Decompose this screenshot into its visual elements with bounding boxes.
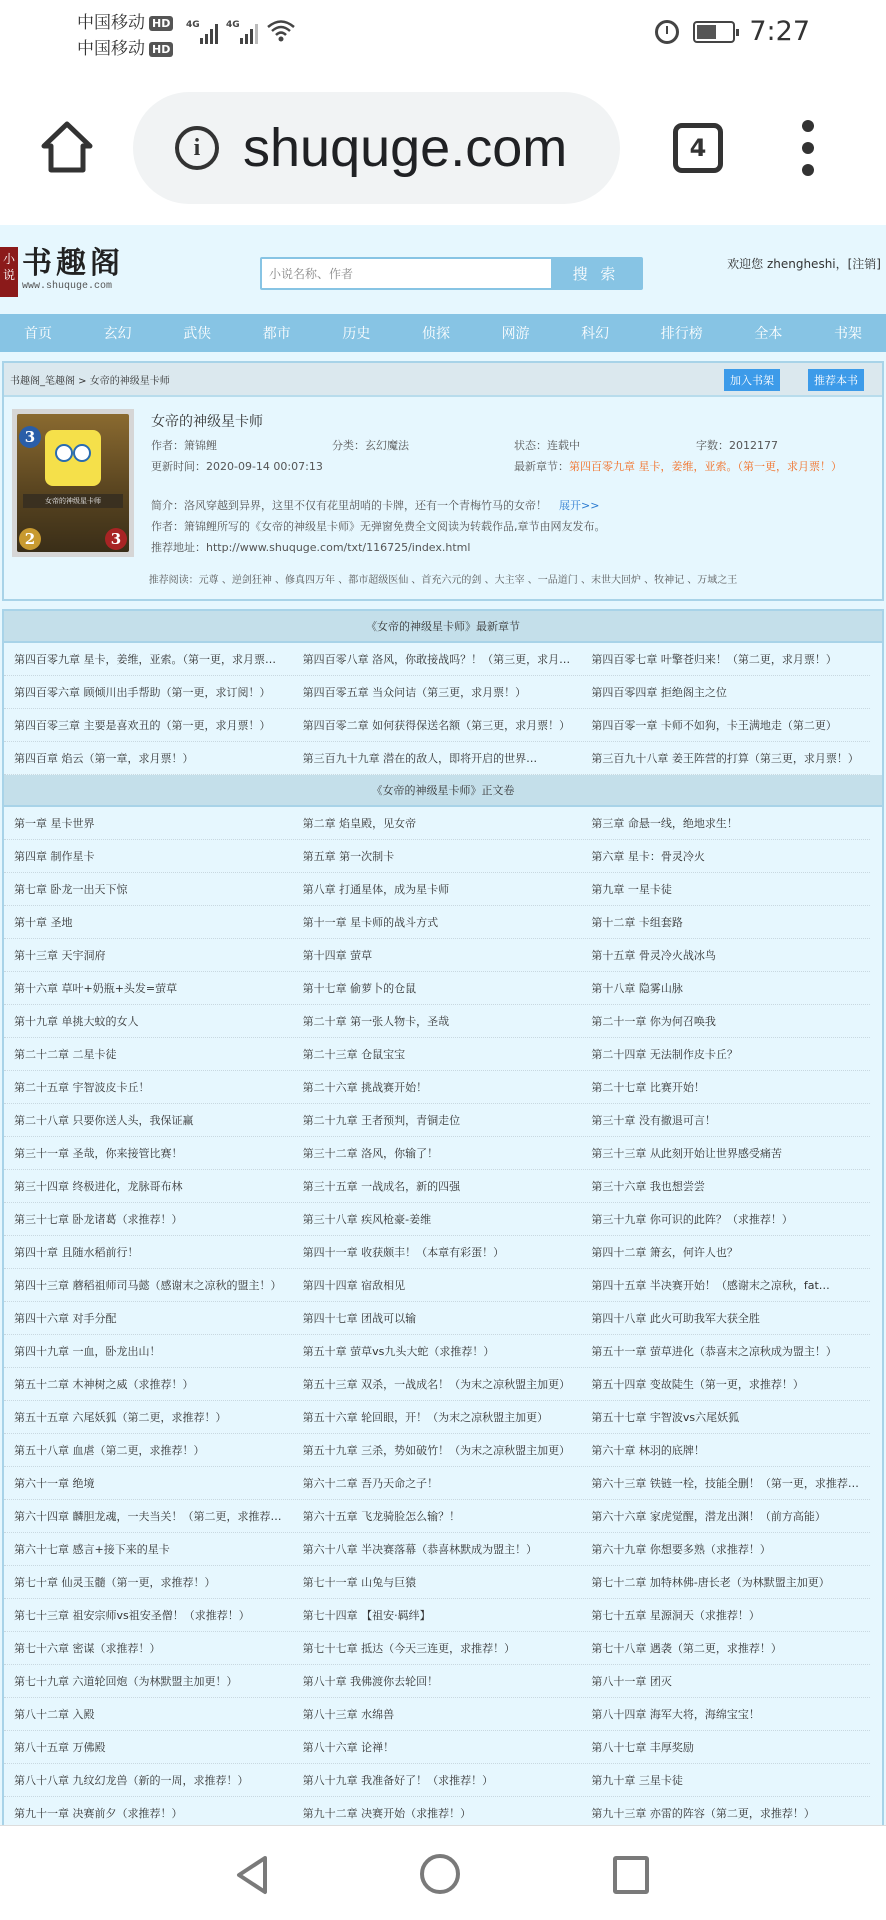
chapter-link[interactable]: 第三十七章 卧龙诸葛（求推荐！） — [4, 1211, 293, 1227]
breadcrumb-bar: 书趣阁_笔趣阁 > 女帝的神级星卡师 加入书架 推荐本书 — [4, 363, 882, 397]
cover-banner: 女帝的神级星卡师 — [23, 494, 123, 508]
chapter-link[interactable]: 第三百九十八章 姜王阵营的打算（第三更，求月票！） — [581, 750, 870, 766]
book-author: 作者：箫锦鲤 — [151, 437, 217, 453]
chapter-link[interactable]: 第二十三章 仓鼠宝宝 — [293, 1046, 582, 1062]
chapter-link[interactable]: 第六十三章 铁链一栓，技能全删！（第一更，求推荐！） — [581, 1475, 870, 1491]
chapter-row: 第四十章 且随水稻前行！第四十一章 收获颇丰！（本章有彩蛋！）第四十二章 箫玄，… — [4, 1236, 870, 1269]
chapter-link[interactable]: 第八十七章 丰厚奖励 — [581, 1739, 870, 1755]
chapter-link[interactable]: 第八十一章 团灭 — [581, 1673, 870, 1689]
chapter-link[interactable]: 第八十三章 水绵兽 — [293, 1706, 582, 1722]
search-input[interactable] — [262, 259, 551, 288]
chapter-row: 第七十九章 六道轮回炮（为林默盟主加更！）第八十章 我佛渡你去轮回！第八十一章 … — [4, 1665, 870, 1698]
chapter-row: 第四百零九章 星卡，姜维，亚索。（第一更，求月票！）第四百零八章 洛风，你敢接战… — [4, 643, 870, 676]
chapter-link[interactable]: 第五十章 萤草vs九头大蛇（求推荐！） — [293, 1343, 582, 1359]
chapter-link[interactable]: 第二十九章 王者预判，青铜走位 — [293, 1112, 582, 1128]
chapter-link[interactable]: 第五章 第一次制卡 — [293, 848, 582, 864]
chapter-link[interactable]: 第二十四章 无法制作皮卡丘？ — [581, 1046, 870, 1062]
chapter-link[interactable]: 第一章 星卡世界 — [4, 815, 293, 831]
chapter-link[interactable]: 第二十一章 你为何召唤我 — [581, 1013, 870, 1029]
logo-title: 书趣阁 — [22, 247, 124, 281]
search-button[interactable]: 搜 索 — [551, 259, 641, 288]
chapter-link[interactable]: 第四十九章 一血，卧龙出山！ — [4, 1343, 293, 1359]
main-chapters-list: 第一章 星卡世界第二章 焰皇殿，见女帝第三章 命悬一线，绝地求生！第四章 制作星… — [4, 807, 882, 1825]
chapter-link[interactable]: 第四百零八章 洛风，你敢接战吗？！（第三更，求月票！） — [293, 651, 582, 667]
chapter-link[interactable]: 第二十二章 二星卡徒 — [4, 1046, 293, 1062]
chapter-link[interactable]: 第十三章 天宇洞府 — [4, 947, 293, 963]
chapter-link[interactable]: 第七章 卧龙一出天下惊 — [4, 881, 293, 897]
chapter-link[interactable]: 第八十四章 海军大将，海绵宝宝！ — [581, 1706, 870, 1722]
chapter-row: 第十九章 单挑大蚊的女人第二十章 第一张人物卡，圣哉第二十一章 你为何召唤我 — [4, 1005, 870, 1038]
latest-chapter-link[interactable]: 第四百零九章 星卡，姜维，亚索。（第一更，求月票！） — [569, 460, 842, 473]
chapter-link[interactable]: 第九十一章 决赛前夕（求推荐！） — [4, 1805, 293, 1821]
chapter-row: 第四百章 焰云（第一章，求月票！）第三百九十九章 潜在的敌人，即将开启的世界…第… — [4, 742, 870, 775]
chapter-link[interactable]: 第十章 圣地 — [4, 914, 293, 930]
chapter-row: 第八十八章 九纹幻龙兽（新的一周，求推荐！）第八十九章 我准备好了！（求推荐！）… — [4, 1764, 870, 1797]
browser-toolbar: i shuquge.com 4 — [0, 70, 886, 225]
chapter-link[interactable]: 第六十九章 你想要多熟（求推荐！） — [581, 1541, 870, 1557]
chapter-row: 第五十五章 六尾妖狐（第二更，求推荐！）第五十六章 轮回眼，开！（为末之凉秋盟主… — [4, 1401, 870, 1434]
book-status: 状态：连载中 — [514, 437, 580, 453]
chapter-link[interactable]: 第六十七章 感言+接下来的星卡 — [4, 1541, 293, 1557]
chapter-link[interactable]: 第六十二章 吾乃天命之子！ — [293, 1475, 582, 1491]
chapter-link[interactable]: 第五十六章 轮回眼，开！（为末之凉秋盟主加更） — [293, 1409, 582, 1425]
chapter-row: 第四十六章 对手分配第四十七章 团战可以输第四十八章 此火可助我军大获全胜 — [4, 1302, 870, 1335]
chapter-link[interactable]: 第五十三章 双杀，一战成名！（为末之凉秋盟主加更） — [293, 1376, 582, 1392]
wifi-icon — [266, 18, 296, 44]
home-icon[interactable] — [420, 1854, 460, 1894]
system-status: 7:27 — [655, 16, 810, 47]
back-icon[interactable] — [233, 1855, 273, 1895]
chapter-row: 第一章 星卡世界第二章 焰皇殿，见女帝第三章 命悬一线，绝地求生！ — [4, 807, 870, 840]
recents-icon[interactable] — [613, 1856, 649, 1894]
chapter-link[interactable]: 第五十一章 萤草进化（恭喜末之凉秋成为盟主！） — [581, 1343, 870, 1359]
chapter-link[interactable]: 第七十九章 六道轮回炮（为林默盟主加更！） — [4, 1673, 293, 1689]
chapter-row: 第六十四章 麟胆龙魂，一夫当关！（第二更，求推荐！）第六十五章 飞龙骑脸怎么输？… — [4, 1500, 870, 1533]
chapter-link[interactable]: 第八十二章 入殿 — [4, 1706, 293, 1722]
search-form: 搜 索 — [260, 257, 643, 290]
chapter-link[interactable]: 第十六章 草叶+奶瓶+头发=萤草 — [4, 980, 293, 996]
mana-gem: 3 — [19, 426, 41, 448]
chapter-link[interactable]: 第四百零三章 主要是喜欢丑的（第一更，求月票！） — [4, 717, 293, 733]
alarm-icon — [655, 20, 679, 44]
home-icon[interactable] — [38, 118, 96, 176]
chapter-link[interactable]: 第九十二章 决赛开始（求推荐！） — [293, 1805, 582, 1821]
chapter-link[interactable]: 第七十三章 祖安宗师vs祖安圣僧！（求推荐！） — [4, 1607, 293, 1623]
nav-item-home[interactable]: 首页 — [24, 323, 52, 343]
attack-gem: 2 — [19, 528, 41, 550]
nav-item-lishi[interactable]: 历史 — [342, 323, 370, 343]
chapter-link[interactable]: 第三十五章 一战成名，新的四强 — [293, 1178, 582, 1194]
chapter-row: 第二十五章 宇智波皮卡丘！第二十六章 挑战赛开始！第二十七章 比赛开始！ — [4, 1071, 870, 1104]
nav-item-bookshelf[interactable]: 书架 — [834, 323, 862, 343]
chapter-link[interactable]: 第五十四章 变故陡生（第一更，求推荐！） — [581, 1376, 870, 1392]
chapter-row: 第十章 圣地第十一章 星卡师的战斗方式第十二章 卡组套路 — [4, 906, 870, 939]
chapter-link[interactable]: 第四百零一章 卡师不如狗，卡王满地走（第二更） — [581, 717, 870, 733]
chapter-link[interactable]: 第七十四章 【祖安·羁绊】 — [293, 1607, 582, 1623]
chapter-link[interactable]: 第八十五章 万佛殿 — [4, 1739, 293, 1755]
nav-item-complete[interactable]: 全本 — [754, 323, 782, 343]
chapter-link[interactable]: 第六十四章 麟胆龙魂，一夫当关！（第二更，求推荐！） — [4, 1508, 293, 1524]
nav-item-wangyou[interactable]: 网游 — [502, 323, 530, 343]
chapter-row: 第十六章 草叶+奶瓶+头发=萤草第十七章 偷萝卜的仓鼠第十八章 隐雾山脉 — [4, 972, 870, 1005]
site-header: 小说 书趣阁 www.shuquge.com 搜 索 欢迎您 zhenghesh… — [0, 225, 886, 310]
chapter-link[interactable]: 第四十三章 蘑稻祖师司马懿（感谢末之凉秋的盟主！） — [4, 1277, 293, 1293]
url-text[interactable]: shuquge.com — [243, 117, 567, 179]
chapter-link[interactable]: 第二十五章 宇智波皮卡丘！ — [4, 1079, 293, 1095]
hd-icon: HD — [149, 16, 173, 31]
author-note: 作者：箫锦鲤所写的《女帝的神级星卡师》无弹窗免费全文阅读为转载作品,章节由网友发… — [151, 518, 606, 534]
chapter-link[interactable]: 第四十一章 收获颇丰！（本章有彩蛋！） — [293, 1244, 582, 1260]
book-info-box: 书趣阁_笔趣阁 > 女帝的神级星卡师 加入书架 推荐本书 女帝的神级星卡师 3 … — [2, 361, 884, 601]
chapter-link[interactable]: 第九章 一星卡徒 — [581, 881, 870, 897]
chapter-link[interactable]: 第四十七章 团战可以输 — [293, 1310, 582, 1326]
chapter-link[interactable]: 第六十六章 家虎觉醒，潜龙出渊！（前方高能） — [581, 1508, 870, 1524]
chapter-link[interactable]: 第六十一章 绝境 — [4, 1475, 293, 1491]
chapter-link[interactable]: 第二十六章 挑战赛开始！ — [293, 1079, 582, 1095]
chapter-list: 《女帝的神级星卡师》最新章节 第四百零九章 星卡，姜维，亚索。（第一更，求月票！… — [2, 609, 884, 1825]
chapter-row: 第四十九章 一血，卧龙出山！第五十章 萤草vs九头大蛇（求推荐！）第五十一章 萤… — [4, 1335, 870, 1368]
chapter-link[interactable]: 第十一章 星卡师的战斗方式 — [293, 914, 582, 930]
chapter-link[interactable]: 第八章 打通星体，成为星卡师 — [293, 881, 582, 897]
chapter-link[interactable]: 第三十二章 洛风，你输了！ — [293, 1145, 582, 1161]
cover-character-image — [45, 430, 101, 486]
chapter-link[interactable]: 第四百零七章 叶擎苍归来！（第二更，求月票！） — [581, 651, 870, 667]
health-gem: 3 — [105, 528, 127, 550]
chapter-link[interactable]: 第十五章 骨灵冷火战冰鸟 — [581, 947, 870, 963]
chapter-link[interactable]: 第四十二章 箫玄，何许人也？ — [581, 1244, 870, 1260]
battery-icon — [693, 21, 735, 43]
chapter-row: 第四百零三章 主要是喜欢丑的（第一更，求月票！）第四百零二章 如何获得保送名额（… — [4, 709, 870, 742]
chapter-link[interactable]: 第六十章 林羽的底牌！ — [581, 1442, 870, 1458]
chapter-link[interactable]: 第四百零四章 拒绝阁主之位 — [581, 684, 870, 700]
chapter-link[interactable]: 第十七章 偷萝卜的仓鼠 — [293, 980, 582, 996]
chapter-link[interactable]: 第七十章 仙灵玉髓（第一更，求推荐！） — [4, 1574, 293, 1590]
signal-icon: 4G — [226, 24, 258, 44]
chapter-link[interactable]: 第三十四章 终极进化，龙脉哥布林 — [4, 1178, 293, 1194]
chapter-row: 第七十三章 祖安宗师vs祖安圣僧！（求推荐！）第七十四章 【祖安·羁绊】第七十五… — [4, 1599, 870, 1632]
latest-chapters-heading: 《女帝的神级星卡师》最新章节 — [4, 611, 882, 643]
chapter-link[interactable]: 第十二章 卡组套路 — [581, 914, 870, 930]
recommend-url: 推荐地址：http://www.shuquge.com/txt/116725/i… — [151, 539, 470, 555]
chapter-row: 第四百零六章 顾倾川出手帮助（第一更，求订阅！）第四百零五章 当众问诘（第三更，… — [4, 676, 870, 709]
chapter-link[interactable]: 第十八章 隐雾山脉 — [581, 980, 870, 996]
chapter-link[interactable]: 第十九章 单挑大蚊的女人 — [4, 1013, 293, 1029]
nav-item-ranking[interactable]: 排行榜 — [661, 323, 703, 343]
breadcrumb[interactable]: 书趣阁_笔趣阁 > 女帝的神级星卡师 — [10, 372, 170, 387]
book-category: 分类：玄幻魔法 — [332, 437, 409, 453]
chapter-link[interactable]: 第八十章 我佛渡你去轮回！ — [293, 1673, 582, 1689]
hd-icon: HD — [149, 42, 173, 57]
chapter-row: 第七十六章 密谋（求推荐！）第七十七章 抵达（今天三连更，求推荐！）第七十八章 … — [4, 1632, 870, 1665]
intro-text: 简介：洛风穿越到异界，这里不仅有花里胡哨的卡牌，还有一个青梅竹马的女帝！ — [151, 499, 547, 512]
welcome-text[interactable]: 欢迎您 zhengheshi，[注销] — [727, 255, 881, 272]
chapter-row: 第二十八章 只要你送人头，我保证赢第二十九章 王者预判，青铜走位第三十章 没有撤… — [4, 1104, 870, 1137]
web-page: 小说 书趣阁 www.shuquge.com 搜 索 欢迎您 zhenghesh… — [0, 225, 886, 1825]
chapter-row: 第三十七章 卧龙诸葛（求推荐！）第三十八章 疾风枪豪-姜维第三十九章 你可识的此… — [4, 1203, 870, 1236]
nav-item-kehuan[interactable]: 科幻 — [581, 323, 609, 343]
chapter-link[interactable]: 第三十九章 你可识的此阵？（求推荐！） — [581, 1211, 870, 1227]
chapter-link[interactable]: 第七十五章 星源洞天（求推荐！） — [581, 1607, 870, 1623]
carrier-name: 中国移动 — [77, 36, 145, 62]
chapter-link[interactable]: 第十四章 萤草 — [293, 947, 582, 963]
chapter-link[interactable]: 第七十六章 密谋（求推荐！） — [4, 1640, 293, 1656]
chapter-link[interactable]: 第八十九章 我准备好了！（求推荐！） — [293, 1772, 582, 1788]
chapter-link[interactable]: 第二章 焰皇殿，见女帝 — [293, 815, 582, 831]
nav-item-wuxia[interactable]: 武侠 — [183, 323, 211, 343]
chapter-link[interactable]: 第四十四章 宿敌相见 — [293, 1277, 582, 1293]
chapter-row: 第二十二章 二星卡徒第二十三章 仓鼠宝宝第二十四章 无法制作皮卡丘？ — [4, 1038, 870, 1071]
more-vert-icon[interactable] — [796, 120, 820, 176]
chapter-link[interactable]: 第二十八章 只要你送人头，我保证赢 — [4, 1112, 293, 1128]
chapter-link[interactable]: 第五十二章 木神树之威（求推荐！） — [4, 1376, 293, 1392]
chapter-row: 第十三章 天宇洞府第十四章 萤草第十五章 骨灵冷火战冰鸟 — [4, 939, 870, 972]
chapter-link[interactable]: 第三十章 没有撤退可言！ — [581, 1112, 870, 1128]
nav-item-zhentan[interactable]: 侦探 — [422, 323, 450, 343]
chapter-link[interactable]: 第五十五章 六尾妖狐（第二更，求推荐！） — [4, 1409, 293, 1425]
update-time: 更新时间：2020-09-14 00:07:13 — [151, 458, 323, 474]
chapter-row: 第四十三章 蘑稻祖师司马懿（感谢末之凉秋的盟主！）第四十四章 宿敌相见第四十五章… — [4, 1269, 870, 1302]
chapter-link[interactable]: 第五十八章 血虐（第二更，求推荐！） — [4, 1442, 293, 1458]
chapter-row: 第三十四章 终极进化，龙脉哥布林第三十五章 一战成名，新的四强第三十六章 我也想… — [4, 1170, 870, 1203]
chapter-link[interactable]: 第八十六章 论禅！ — [293, 1739, 582, 1755]
chapter-link[interactable]: 第四十章 且随水稻前行！ — [4, 1244, 293, 1260]
add-to-shelf-button[interactable]: 加入书架 — [724, 369, 780, 391]
chapter-link[interactable]: 第四百零六章 顾倾川出手帮助（第一更，求订阅！） — [4, 684, 293, 700]
chapter-link[interactable]: 第三十六章 我也想尝尝 — [581, 1178, 870, 1194]
address-bar[interactable]: i shuquge.com — [133, 92, 620, 204]
chapter-row: 第八十二章 入殿第八十三章 水绵兽第八十四章 海军大将，海绵宝宝！ — [4, 1698, 870, 1731]
chapter-link[interactable]: 第三百九十九章 潜在的敌人，即将开启的世界… — [293, 750, 582, 766]
chapter-link[interactable]: 第六十八章 半决赛落幕（恭喜林默成为盟主！） — [293, 1541, 582, 1557]
word-count: 字数：2012177 — [696, 437, 778, 453]
android-nav-bar — [0, 1825, 886, 1920]
main-nav: 首页 玄幻 武侠 都市 历史 侦探 网游 科幻 排行榜 全本 书架 — [0, 314, 886, 352]
chapter-link[interactable]: 第四百章 焰云（第一章，求月票！） — [4, 750, 293, 766]
chapter-link[interactable]: 第四十八章 此火可助我军大获全胜 — [581, 1310, 870, 1326]
chapter-link[interactable]: 第二十七章 比赛开始！ — [581, 1079, 870, 1095]
tabs-icon[interactable]: 4 — [673, 123, 723, 173]
recommend-book-button[interactable]: 推荐本书 — [808, 369, 864, 391]
clock: 7:27 — [749, 16, 810, 47]
chapter-row: 第九十一章 决赛前夕（求推荐！）第九十二章 决赛开始（求推荐！）第九十三章 亦雷… — [4, 1797, 870, 1825]
chapter-link[interactable]: 第六章 星卡：骨灵冷火 — [581, 848, 870, 864]
chapter-link[interactable]: 第七十七章 抵达（今天三连更，求推荐！） — [293, 1640, 582, 1656]
chapter-row: 第七章 卧龙一出天下惊第八章 打通星体，成为星卡师第九章 一星卡徒 — [4, 873, 870, 906]
chapter-link[interactable]: 第七十二章 加特林佛-唐长老（为林默盟主加更） — [581, 1574, 870, 1590]
latest-chapters-list: 第四百零九章 星卡，姜维，亚索。（第一更，求月票！）第四百零八章 洛风，你敢接战… — [4, 643, 882, 775]
nav-item-dushi[interactable]: 都市 — [263, 323, 291, 343]
chapter-link[interactable]: 第四百零五章 当众问诘（第三更，求月票！） — [293, 684, 582, 700]
chapter-link[interactable]: 第三十三章 从此刻开始让世界感受痛苦 — [581, 1145, 870, 1161]
chapter-row: 第八十五章 万佛殿第八十六章 论禅！第八十七章 丰厚奖励 — [4, 1731, 870, 1764]
chapter-link[interactable]: 第四百零二章 如何获得保送名额（第三更，求月票！） — [293, 717, 582, 733]
chapter-link[interactable]: 第八十八章 九纹幻龙兽（新的一周，求推荐！） — [4, 1772, 293, 1788]
latest-label: 最新章节： — [514, 460, 569, 473]
chapter-link[interactable]: 第五十七章 宇智波vs六尾妖狐 — [581, 1409, 870, 1425]
chapter-row: 第六十一章 绝境第六十二章 吾乃天命之子！第六十三章 铁链一栓，技能全删！（第一… — [4, 1467, 870, 1500]
latest-chapter-info: 最新章节：第四百零九章 星卡，姜维，亚索。（第一更，求月票！） — [514, 458, 869, 476]
chapter-link[interactable]: 第九十章 三星卡徒 — [581, 1772, 870, 1788]
book-intro: 简介：洛风穿越到异界，这里不仅有花里胡哨的卡牌，还有一个青梅竹马的女帝！展开>> — [151, 497, 599, 513]
chapter-row: 第五十二章 木神树之威（求推荐！）第五十三章 双杀，一战成名！（为末之凉秋盟主加… — [4, 1368, 870, 1401]
chapter-row: 第五十八章 血虐（第二更，求推荐！）第五十九章 三杀，势如破竹！（为末之凉秋盟主… — [4, 1434, 870, 1467]
site-logo[interactable]: 小说 书趣阁 www.shuquge.com — [0, 247, 124, 297]
book-title: 女帝的神级星卡师 — [151, 411, 263, 431]
recommended-reading[interactable]: 推荐阅读：元尊 、逆剑狂神 、修真四万年 、都市超级医仙 、首充六元的剑 、大主… — [4, 571, 882, 586]
chapter-row: 第四章 制作星卡第五章 第一次制卡第六章 星卡：骨灵冷火 — [4, 840, 870, 873]
chapter-row: 第七十章 仙灵玉髓（第一更，求推荐！）第七十一章 山兔与巨猿第七十二章 加特林佛… — [4, 1566, 870, 1599]
chapter-link[interactable]: 第四十五章 半决赛开始！（感谢末之凉秋，fat… — [581, 1277, 870, 1293]
logo-seal: 小说 — [0, 247, 18, 297]
status-bar: 中国移动HD 中国移动HD 4G 4G 7:27 — [0, 0, 886, 70]
chapter-link[interactable]: 第七十一章 山兔与巨猿 — [293, 1574, 582, 1590]
nav-item-xuanhuan[interactable]: 玄幻 — [104, 323, 132, 343]
info-icon[interactable]: i — [175, 126, 219, 170]
chapter-link[interactable]: 第三十一章 圣哉，你来接管比赛！ — [4, 1145, 293, 1161]
logo-url: www.shuquge.com — [22, 281, 124, 292]
chapter-link[interactable]: 第四章 制作星卡 — [4, 848, 293, 864]
signal-icon: 4G — [186, 24, 218, 44]
chapter-row: 第六十七章 感言+接下来的星卡第六十八章 半决赛落幕（恭喜林默成为盟主！）第六十… — [4, 1533, 870, 1566]
book-cover: 女帝的神级星卡师 3 2 3 — [12, 409, 134, 557]
chapter-link[interactable]: 第六十五章 飞龙骑脸怎么输？！ — [293, 1508, 582, 1524]
carrier-name: 中国移动 — [77, 10, 145, 36]
signal-indicators: 4G 4G — [186, 18, 296, 44]
main-volume-heading: 《女帝的神级星卡师》正文卷 — [4, 775, 882, 807]
chapter-link[interactable]: 第三十八章 疾风枪豪-姜维 — [293, 1211, 582, 1227]
chapter-link[interactable]: 第四十六章 对手分配 — [4, 1310, 293, 1326]
carrier-info: 中国移动HD 中国移动HD — [77, 10, 173, 62]
chapter-link[interactable]: 第五十九章 三杀，势如破竹！（为末之凉秋盟主加更） — [293, 1442, 582, 1458]
chapter-link[interactable]: 第九十三章 亦雷的阵容（第二更，求推荐！） — [581, 1805, 870, 1821]
chapter-row: 第三十一章 圣哉，你来接管比赛！第三十二章 洛风，你输了！第三十三章 从此刻开始… — [4, 1137, 870, 1170]
expand-link[interactable]: 展开>> — [559, 499, 599, 512]
chapter-link[interactable]: 第二十章 第一张人物卡，圣哉 — [293, 1013, 582, 1029]
chapter-link[interactable]: 第七十八章 遇袭（第二更，求推荐！） — [581, 1640, 870, 1656]
chapter-link[interactable]: 第三章 命悬一线，绝地求生！ — [581, 815, 870, 831]
chapter-link[interactable]: 第四百零九章 星卡，姜维，亚索。（第一更，求月票！） — [4, 651, 293, 667]
